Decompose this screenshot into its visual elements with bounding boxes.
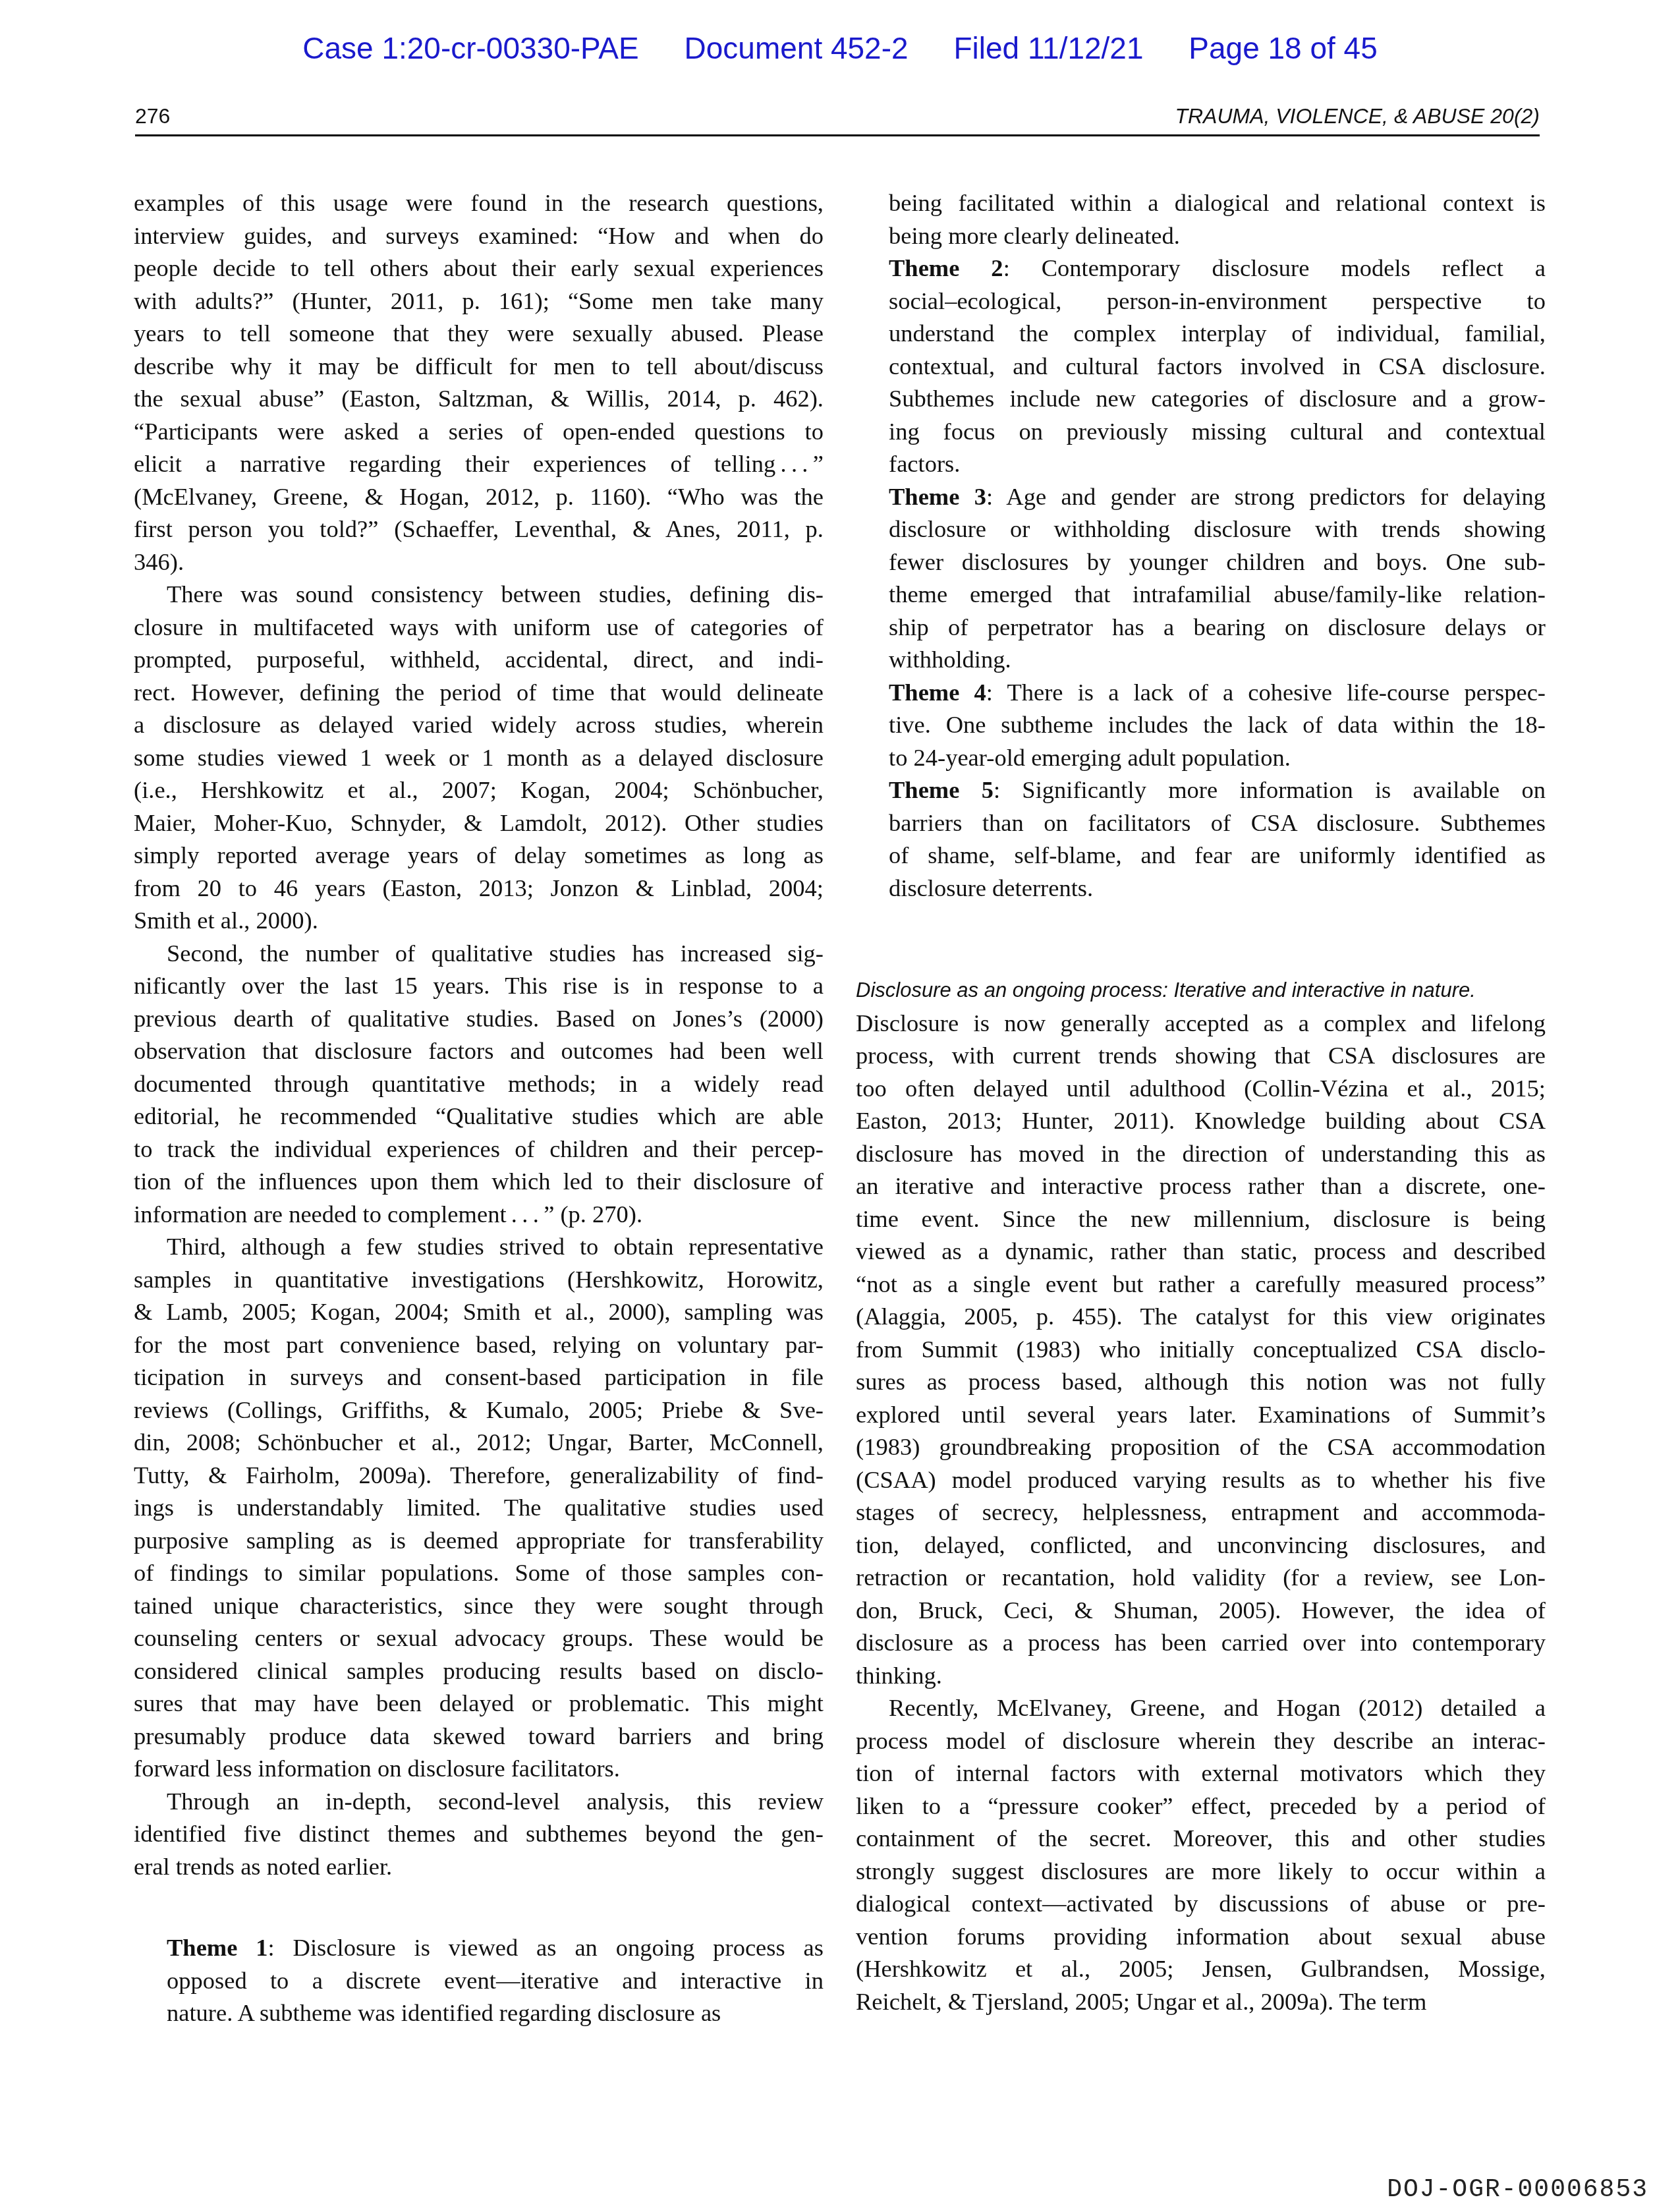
text-line: factors. (889, 447, 1546, 480)
text-line: strongly suggest disclosures are more li… (856, 1855, 1546, 1888)
text-line: process, with current trends showing tha… (856, 1039, 1546, 1072)
text-line: Third, although a few studies strived to… (134, 1230, 824, 1263)
text-line: (McElvaney, Greene, & Hogan, 2012, p. 11… (134, 480, 824, 513)
text-line: nature. A subtheme was identified regard… (167, 1997, 824, 2029)
text-line: disclosure or withholding disclosure wit… (889, 513, 1546, 546)
text-line: for the most part convenience based, rel… (134, 1328, 824, 1361)
paragraph: Second, the number of qualitative studie… (134, 937, 824, 1231)
text-line: people decide to tell others about their… (134, 252, 824, 285)
header-rule (135, 134, 1540, 136)
text-line: eral trends as noted earlier. (134, 1850, 824, 1883)
journal-title: TRAUMA, VIOLENCE, & ABUSE 20(2) (1175, 104, 1540, 128)
text-line: time event. Since the new millennium, di… (856, 1203, 1546, 1235)
text-line: fewer disclosures by younger children an… (889, 546, 1546, 579)
text-line: din, 2008; Schönbucher et al., 2012; Ung… (134, 1426, 824, 1459)
text-line: (Alaggia, 2005, p. 455). The catalyst fo… (856, 1300, 1546, 1333)
theme-text: : Contemporary disclosure models reflect… (1003, 254, 1546, 281)
text-line: retraction or recantation, hold validity… (856, 1561, 1546, 1594)
text-line: some studies viewed 1 week or 1 month as… (134, 741, 824, 774)
text-line: containment of the secret. Moreover, thi… (856, 1822, 1546, 1855)
text-line: the sexual abuse” (Easton, Saltzman, & W… (134, 382, 824, 415)
paragraph: Through an in-depth, second-level analys… (134, 1785, 824, 1883)
text-line: don, Bruck, Ceci, & Shuman, 2005). Howev… (856, 1594, 1546, 1627)
text-line: social–ecological, person-in-environment… (889, 285, 1546, 318)
text-line: thinking. (856, 1659, 1546, 1692)
text-line: withholding. (889, 643, 1546, 676)
theme-3: Theme 3: Age and gender are strong predi… (856, 480, 1546, 676)
theme-2: Theme 2: Contemporary disclosure models … (856, 252, 1546, 480)
text-line: contextual, and cultural factors involve… (889, 350, 1546, 383)
text-line: Theme 1: Disclosure is viewed as an ongo… (167, 1931, 824, 1964)
text-line: first person you told?” (Schaeffer, Leve… (134, 513, 824, 546)
text-line: tive. One subtheme includes the lack of … (889, 708, 1546, 741)
text-line: understand the complex interplay of indi… (889, 317, 1546, 350)
theme-1: Theme 1: Disclosure is viewed as an ongo… (134, 1931, 824, 2029)
text-line: Tutty, & Fairholm, 2009a). Therefore, ge… (134, 1459, 824, 1492)
text-line: being more clearly delineated. (889, 219, 1546, 252)
text-line: purposive sampling as is deemed appropri… (134, 1524, 824, 1557)
text-line: disclosure has moved in the direction of… (856, 1137, 1546, 1170)
text-line: barriers than on facilitators of CSA dis… (889, 807, 1546, 839)
text-line: a disclosure as delayed varied widely ac… (134, 708, 824, 741)
text-line: prompted, purposeful, withheld, accident… (134, 643, 824, 676)
theme-1-continued: being facilitated within a dialogical an… (856, 186, 1546, 252)
text-line: previous dearth of qualitative studies. … (134, 1002, 824, 1035)
text-line: explored until several years later. Exam… (856, 1398, 1546, 1431)
running-header: 276 TRAUMA, VIOLENCE, & ABUSE 20(2) (135, 104, 1540, 136)
text-line: ship of perpetrator has a bearing on dis… (889, 611, 1546, 644)
text-line: samples in quantitative investigations (… (134, 1263, 824, 1296)
text-line: (Hershkowitz et al., 2005; Jensen, Gulbr… (856, 1952, 1546, 1985)
text-line: to track the individual experiences of c… (134, 1133, 824, 1166)
text-line: Disclosure is now generally accepted as … (856, 1007, 1546, 1040)
text-line: liken to a “pressure cooker” effect, pre… (856, 1790, 1546, 1823)
text-line: (CSAA) model produced varying results as… (856, 1463, 1546, 1496)
text-line: ing focus on previously missing cultural… (889, 415, 1546, 448)
spacer (856, 904, 1546, 974)
text-line: viewed as a dynamic, rather than static,… (856, 1235, 1546, 1268)
text-line: Theme 2: Contemporary disclosure models … (889, 252, 1546, 285)
paragraph: There was sound consistency between stud… (134, 578, 824, 937)
left-column: examples of this usage were found in the… (134, 186, 824, 2029)
text-line: tion, delayed, conflicted, and unconvinc… (856, 1529, 1546, 1562)
text-line: Smith et al., 2000). (134, 904, 824, 937)
text-line: Recently, McElvaney, Greene, and Hogan (… (856, 1691, 1546, 1724)
theme-4: Theme 4: There is a lack of a cohesive l… (856, 676, 1546, 774)
text-line: rect. However, defining the period of ti… (134, 676, 824, 709)
paragraph: examples of this usage were found in the… (134, 186, 824, 578)
theme-label: Theme 2 (889, 254, 1003, 281)
theme-5: Theme 5: Significantly more information … (856, 774, 1546, 904)
text-line: “not as a single event but rather a care… (856, 1268, 1546, 1301)
theme-text: : There is a lack of a cohesive life-cou… (986, 679, 1546, 706)
text-line: Theme 3: Age and gender are strong predi… (889, 480, 1546, 513)
page-number: 276 (135, 104, 170, 128)
text-line: & Lamb, 2005; Kogan, 2004; Smith et al.,… (134, 1295, 824, 1328)
page-count: Page 18 of 45 (1189, 31, 1377, 65)
text-line: (1983) groundbreaking proposition of the… (856, 1431, 1546, 1463)
text-line: 346). (134, 546, 824, 579)
theme-label: Theme 3 (889, 483, 986, 510)
text-line: tion of the influences upon them which l… (134, 1165, 824, 1198)
case-number: Case 1:20-cr-00330-PAE (302, 31, 639, 65)
text-line: too often delayed until adulthood (Colli… (856, 1072, 1546, 1105)
theme-label: Theme 4 (889, 679, 986, 706)
text-line: disclosure as a process has been carried… (856, 1626, 1546, 1659)
text-line: Theme 4: There is a lack of a cohesive l… (889, 676, 1546, 709)
text-line: disclosure deterrents. (889, 872, 1546, 905)
text-line: forward less information on disclosure f… (134, 1752, 824, 1785)
text-line: “Participants were asked a series of ope… (134, 415, 824, 448)
filed-date: Filed 11/12/21 (953, 31, 1143, 65)
court-filing-stamp: Case 1:20-cr-00330-PAE Document 452-2 Fi… (0, 30, 1680, 66)
text-line: to 24-year-old emerging adult population… (889, 741, 1546, 774)
text-line: Subthemes include new categories of disc… (889, 382, 1546, 415)
text-line: describe why it may be difficult for men… (134, 350, 824, 383)
text-line: closure in multifaceted ways with unifor… (134, 611, 824, 644)
text-line: simply reported average years of delay s… (134, 839, 824, 872)
text-line: ticipation in surveys and consent-based … (134, 1361, 824, 1394)
paragraph: Recently, McElvaney, Greene, and Hogan (… (856, 1691, 1546, 2018)
theme-label: Theme 5 (889, 776, 994, 803)
text-line: tained unique characteristics, since the… (134, 1589, 824, 1622)
text-line: examples of this usage were found in the… (134, 186, 824, 219)
text-line: editorial, he recommended “Qualitative s… (134, 1100, 824, 1133)
text-line: from Summit (1983) who initially concept… (856, 1333, 1546, 1366)
text-line: an iterative and interactive process rat… (856, 1170, 1546, 1203)
text-line: (i.e., Hershkowitz et al., 2007; Kogan, … (134, 774, 824, 807)
text-line: sures as process based, although this no… (856, 1365, 1546, 1398)
text-line: counseling centers or sexual advocacy gr… (134, 1622, 824, 1655)
text-line: reviews (Collings, Griffiths, & Kumalo, … (134, 1394, 824, 1427)
text-line: tion of internal factors with external m… (856, 1757, 1546, 1790)
theme-text: : Significantly more information is avai… (994, 776, 1546, 803)
text-line: opposed to a discrete event—iterative an… (167, 1964, 824, 1997)
text-line: of findings to similar populations. Some… (134, 1556, 824, 1589)
theme-label: Theme 1 (167, 1934, 268, 1961)
document-number: Document 452-2 (685, 31, 909, 65)
text-line: Reichelt, & Tjersland, 2005; Ungar et al… (856, 1985, 1546, 2018)
text-line: from 20 to 46 years (Easton, 2013; Jonzo… (134, 872, 824, 905)
bates-number: DOJ-OGR-00006853 (1387, 2176, 1648, 2204)
text-line: ings is understandably limited. The qual… (134, 1491, 824, 1524)
text-line: elicit a narrative regarding their exper… (134, 447, 824, 480)
text-line: There was sound consistency between stud… (134, 578, 824, 611)
text-line: presumably produce data skewed toward ba… (134, 1720, 824, 1753)
text-line: Easton, 2013; Hunter, 2011). Knowledge b… (856, 1104, 1546, 1137)
text-line: sures that may have been delayed or prob… (134, 1687, 824, 1720)
text-line: theme emerged that intrafamilial abuse/f… (889, 578, 1546, 611)
text-line: considered clinical samples producing re… (134, 1655, 824, 1687)
theme-text: : Disclosure is viewed as an ongoing pro… (268, 1934, 824, 1961)
text-line: vention forums providing information abo… (856, 1920, 1546, 1953)
right-column: being facilitated within a dialogical an… (856, 186, 1546, 2018)
text-line: stages of secrecy, helplessness, entrapm… (856, 1496, 1546, 1529)
text-line: of shame, self-blame, and fear are unifo… (889, 839, 1546, 872)
text-line: information are needed to complement . .… (134, 1198, 824, 1231)
text-line: nificantly over the last 15 years. This … (134, 969, 824, 1002)
text-line: Second, the number of qualitative studie… (134, 937, 824, 970)
text-line: with adults?” (Hunter, 2011, p. 161); “S… (134, 285, 824, 318)
text-line: dialogical context—activated by discussi… (856, 1887, 1546, 1920)
text-line: documented through quantitative methods;… (134, 1067, 824, 1100)
text-line: identified five distinct themes and subt… (134, 1817, 824, 1850)
paragraph: Third, although a few studies strived to… (134, 1230, 824, 1785)
text-line: observation that disclosure factors and … (134, 1035, 824, 1067)
spacer (134, 1883, 824, 1931)
text-line: Theme 5: Significantly more information … (889, 774, 1546, 807)
text-line: Maier, Moher-Kuo, Schnyder, & Lamdolt, 2… (134, 807, 824, 839)
text-line: process model of disclosure wherein they… (856, 1724, 1546, 1757)
paragraph: Disclosure is now generally accepted as … (856, 1007, 1546, 1692)
text-line: interview guides, and surveys examined: … (134, 219, 824, 252)
text-line: Through an in-depth, second-level analys… (134, 1785, 824, 1818)
text-line: being facilitated within a dialogical an… (889, 186, 1546, 219)
section-heading: Disclosure as an ongoing process: Iterat… (856, 974, 1546, 1007)
theme-text: : Age and gender are strong predictors f… (986, 483, 1546, 510)
text-line: years to tell someone that they were sex… (134, 317, 824, 350)
